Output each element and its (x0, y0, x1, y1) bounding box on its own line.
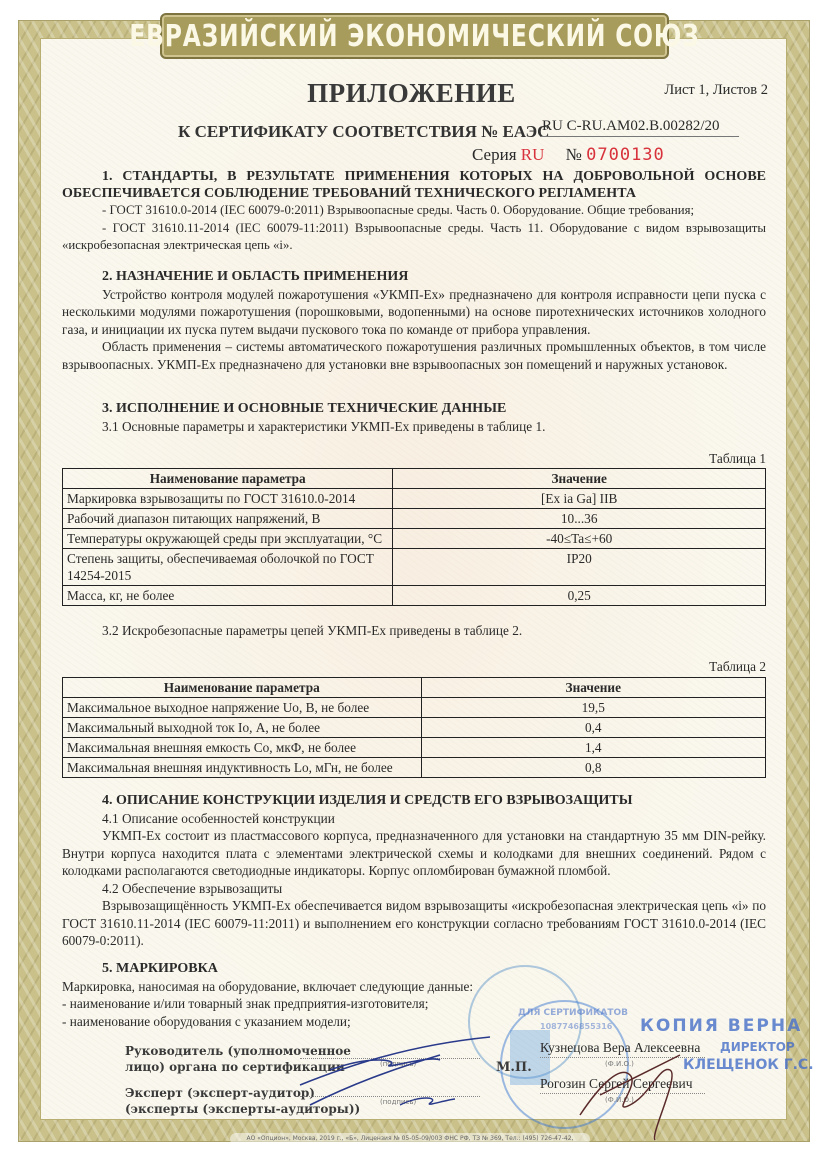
copy-stamp-line3: КЛЕЩЕНОК Г.С. (683, 1057, 814, 1073)
signature-scribble-icon (290, 1025, 510, 1115)
section-heading: 3. ИСПОЛНЕНИЕ И ОСНОВНЫЕ ТЕХНИЧЕСКИЕ ДАН… (62, 400, 766, 418)
union-banner-text: ЕВРАЗИЙСКИЙ ЭКОНОМИЧЕСКИЙ СОЮЗ (129, 19, 699, 54)
table-row: Степень защиты, обеспечиваемая оболочкой… (63, 549, 766, 586)
paragraph: Устройство контроля модулей пожаротушени… (62, 286, 766, 339)
marking-item: - наименование и/или товарный знак предп… (62, 995, 766, 1013)
section-heading: 4. ОПИСАНИЕ КОНСТРУКЦИИ ИЗДЕЛИЯ И СРЕДСТ… (62, 792, 766, 810)
table-row: Температуры окружающей среды при эксплуа… (63, 529, 766, 549)
table2-caption: Таблица 2 (62, 658, 766, 676)
seal-label: М.П. (496, 1060, 532, 1076)
sheet-counter: Лист 1, Листов 2 (664, 82, 768, 99)
copy-stamp-line2: ДИРЕКТОР (720, 1040, 795, 1054)
column-header: Значение (421, 678, 765, 698)
table-header-row: Наименование параметра Значение (63, 678, 766, 698)
parameter-value: IP20 (393, 549, 766, 586)
certificate-number: RU C-RU.AM02.B.00282/20 (540, 118, 739, 137)
subheading: 4.2 Обеспечение взрывозащиты (62, 880, 766, 898)
series-label: Серия (472, 145, 517, 164)
paragraph: УКМП-Ех состоит из пластмассового корпус… (62, 827, 766, 880)
section-heading: 5. МАРКИРОВКА (62, 960, 766, 978)
director-signature-icon (560, 1045, 700, 1145)
table-row: Максимальное выходное напряжение Uo, В, … (63, 698, 766, 718)
parameter-name: Маркировка взрывозащиты по ГОСТ 31610.0-… (63, 489, 393, 509)
paragraph: Взрывозащищённость УКМП-Ех обеспечиваетс… (62, 897, 766, 950)
section-purpose: 2. НАЗНАЧЕНИЕ И ОБЛАСТЬ ПРИМЕНЕНИЯ Устро… (62, 268, 766, 373)
table-1: Наименование параметра Значение Маркиров… (62, 468, 766, 606)
parameter-name: Температуры окружающей среды при эксплуа… (63, 529, 393, 549)
table-row: Максимальная внешняя емкость Co, мкФ, не… (63, 738, 766, 758)
parameter-value: 0,8 (421, 758, 765, 778)
table-2: Наименование параметра Значение Максимал… (62, 677, 766, 778)
table1-container: Наименование параметра Значение Маркиров… (62, 468, 766, 606)
seal-number: 1087746855316 (540, 1022, 612, 1031)
column-header: Значение (393, 469, 766, 489)
printer-info: АО «Опцион», Москва, 2019 г., «Б», Лицен… (230, 1133, 590, 1145)
section-heading: 1. СТАНДАРТЫ, В РЕЗУЛЬТАТЕ ПРИМЕНЕНИЯ КО… (62, 168, 766, 202)
paragraph-text: 3.2 Искробезопасные параметры цепей УКМП… (62, 622, 766, 640)
copy-stamp-line1: КОПИЯ ВЕРНА (640, 1016, 802, 1036)
form-number: 0700130 (586, 145, 665, 165)
subheading: 4.1 Описание особенностей конструкции (62, 810, 766, 828)
column-header: Наименование параметра (63, 678, 422, 698)
table-row: Рабочий диапазон питающих напряжений, В1… (63, 509, 766, 529)
parameter-name: Максимальное выходное напряжение Uo, В, … (63, 698, 422, 718)
parameter-name: Рабочий диапазон питающих напряжений, В (63, 509, 393, 529)
standard-item: - ГОСТ 31610.0-2014 (IEC 60079-0:2011) В… (62, 202, 766, 220)
parameter-name: Масса, кг, не более (63, 586, 393, 606)
parameter-name: Степень защиты, обеспечиваемая оболочкой… (63, 549, 393, 586)
series-value: RU (521, 145, 545, 164)
paragraph: Область применения – системы автоматичес… (62, 338, 766, 373)
parameter-name: Максимальная внешняя индуктивность Lo, м… (63, 758, 422, 778)
column-header: Наименование параметра (63, 469, 393, 489)
table1-caption: Таблица 1 (62, 450, 766, 468)
section-heading: 2. НАЗНАЧЕНИЕ И ОБЛАСТЬ ПРИМЕНЕНИЯ (62, 268, 766, 286)
table-row: Масса, кг, не более0,25 (63, 586, 766, 606)
section-construction: 4. ОПИСАНИЕ КОНСТРУКЦИИ ИЗДЕЛИЯ И СРЕДСТ… (62, 792, 766, 950)
section-standards: 1. СТАНДАРТЫ, В РЕЗУЛЬТАТЕ ПРИМЕНЕНИЯ КО… (62, 168, 766, 255)
certificate-label: К СЕРТИФИКАТУ СООТВЕТСТВИЯ № ЕАЭС (178, 122, 549, 142)
table2-container: Наименование параметра Значение Максимал… (62, 677, 766, 778)
table-row: Максимальный выходной ток Io, А, не боле… (63, 718, 766, 738)
table-row: Максимальная внешняя индуктивность Lo, м… (63, 758, 766, 778)
parameter-name: Максимальная внешняя емкость Co, мкФ, не… (63, 738, 422, 758)
parameter-value: 10...36 (393, 509, 766, 529)
parameter-value: 0,4 (421, 718, 765, 738)
table-row: Маркировка взрывозащиты по ГОСТ 31610.0-… (63, 489, 766, 509)
seal-text: ДЛЯ СЕРТИФИКАТОВ (518, 1008, 628, 1018)
number-label: № (566, 145, 582, 164)
paragraph: 3.2 Искробезопасные параметры цепей УКМП… (62, 622, 766, 640)
paragraph: Маркировка, наносимая на оборудование, в… (62, 978, 766, 996)
parameter-value: [Ex ia Ga] IIB (393, 489, 766, 509)
parameter-value: -40≤Ta≤+60 (393, 529, 766, 549)
paragraph: 3.1 Основные параметры и характеристики … (62, 418, 766, 436)
union-banner: ЕВРАЗИЙСКИЙ ЭКОНОМИЧЕСКИЙ СОЮЗ (160, 13, 669, 59)
section-specs: 3. ИСПОЛНЕНИЕ И ОСНОВНЫЕ ТЕХНИЧЕСКИЕ ДАН… (62, 400, 766, 435)
parameter-value: 19,5 (421, 698, 765, 718)
parameter-value: 1,4 (421, 738, 765, 758)
parameter-name: Максимальный выходной ток Io, А, не боле… (63, 718, 422, 738)
standard-item: - ГОСТ 31610.11-2014 (IEC 60079-11:2011)… (62, 220, 766, 255)
series-line: Серия RU № 0700130 (472, 145, 665, 165)
table-header-row: Наименование параметра Значение (63, 469, 766, 489)
parameter-value: 0,25 (393, 586, 766, 606)
